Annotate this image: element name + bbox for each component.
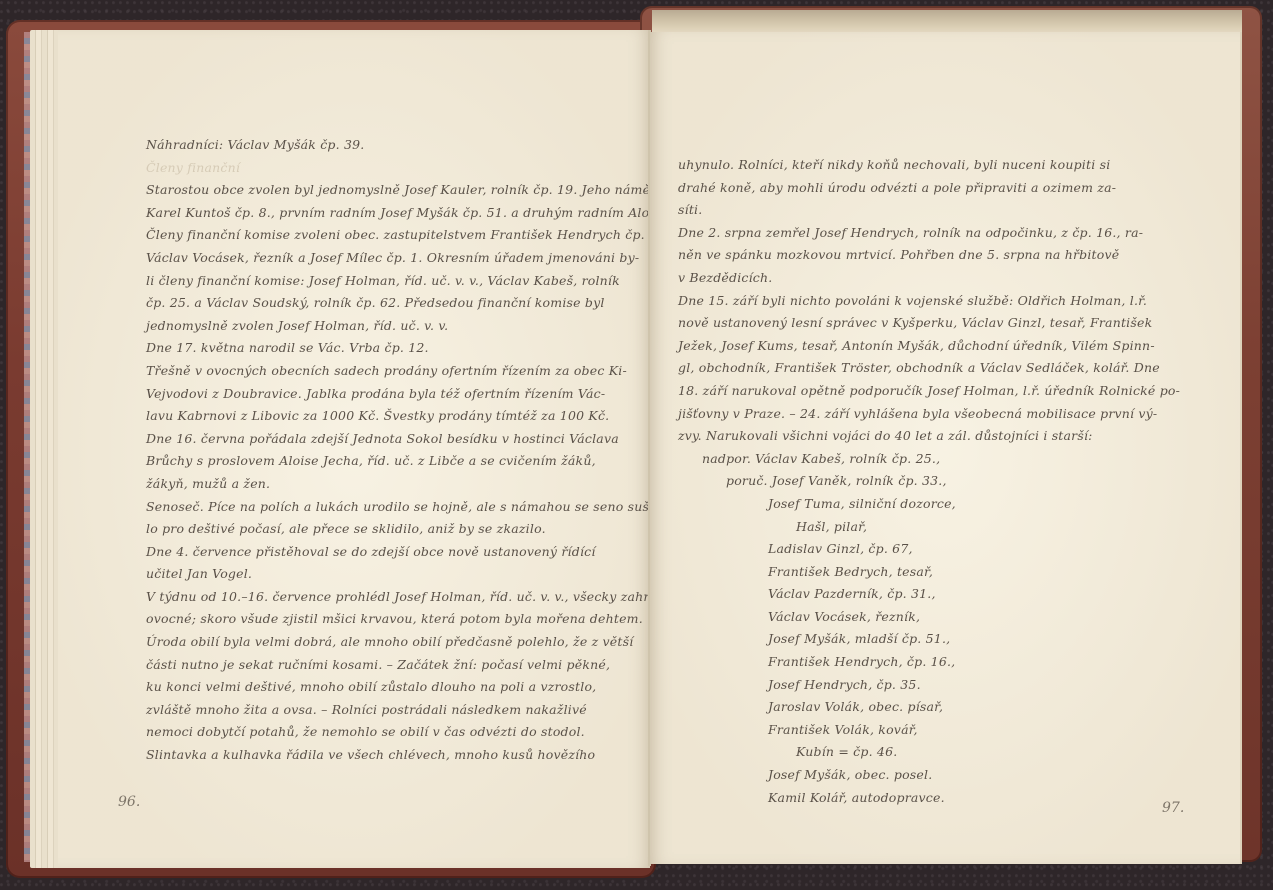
text-line: zvy. Narukovali všichni vojáci do 40 let… (678, 425, 1180, 448)
list-item: Kamil Kolář, autodopravce. (678, 787, 1180, 810)
list-item: nadpor. Václav Kabeš, rolník čp. 25., (678, 448, 1180, 471)
text-line: nově ustanovený lesní správec v Kyšperku… (678, 312, 1180, 335)
text-line: v Bezdědicích. (678, 267, 1180, 290)
text-line: Náhradníci: Václav Myšák čp. 39. (146, 134, 718, 157)
list-item: Hašl, pilař, (678, 516, 1180, 539)
text-line: Dne 2. srpna zemřel Josef Hendrych, roln… (678, 222, 1180, 245)
text-line: uhynulo. Rolníci, kteří nikdy koňů necho… (678, 154, 1180, 177)
right-page-text: uhynulo. Rolníci, kteří nikdy koňů necho… (678, 154, 1180, 809)
text-line: jednomyslně zvolen Josef Holman, říd. uč… (146, 315, 718, 338)
left-page-text: Náhradníci: Václav Myšák čp. 39. Členy f… (146, 134, 718, 767)
list-item: Josef Hendrych, čp. 35. (678, 674, 1180, 697)
text-line: V týdnu od 10.–16. července prohlédl Jos… (146, 586, 718, 609)
text-line: Dne 17. května narodil se Vác. Vrba čp. … (146, 337, 718, 360)
text-line: čp. 25. a Václav Soudský, rolník čp. 62.… (146, 292, 718, 315)
text-line: ku konci velmi deštivé, mnoho obilí zůst… (146, 676, 718, 699)
text-line: li členy finanční komise: Josef Holman, … (146, 270, 718, 293)
text-line: zvláště mnoho žita a ovsa. – Rolníci pos… (146, 699, 718, 722)
list-item: Josef Tuma, silniční dozorce, (678, 493, 1180, 516)
list-item: Václav Pazderník, čp. 31., (678, 583, 1180, 606)
text-line: nemoci dobytčí potahů, že nemohlo se obi… (146, 721, 718, 744)
list-item: poruč. Josef Vaněk, rolník čp. 33., (678, 470, 1180, 493)
page-number-left: 96. (118, 794, 140, 810)
text-line: Karel Kuntoš čp. 8., prvním radním Josef… (146, 202, 718, 225)
text-line: Ježek, Josef Kums, tesař, Antonín Myšák,… (678, 335, 1180, 358)
text-line: žákyň, mužů a žen. (146, 473, 718, 496)
text-line: Senoseč. Píce na polích a lukách urodilo… (146, 496, 718, 519)
list-item: Jaroslav Volák, obec. písař, (678, 696, 1180, 719)
text-line: ovocné; skoro všude zjistil mšici krvavo… (146, 608, 718, 631)
text-line: Úroda obilí byla velmi dobrá, ale mnoho … (146, 631, 718, 654)
text-line: Starostou obce zvolen byl jednomyslně Jo… (146, 179, 718, 202)
list-item: Josef Myšák, obec. posel. (678, 764, 1180, 787)
left-page: Náhradníci: Václav Myšák čp. 39. Členy f… (58, 30, 650, 868)
page-number-right: 97. (1162, 800, 1184, 816)
text-line: gl, obchodník, František Tröster, obchod… (678, 357, 1180, 380)
list-item: František Volák, kovář, (678, 719, 1180, 742)
list-item: František Bedrych, tesař, (678, 561, 1180, 584)
text-line-faded: Členy finanční (146, 157, 718, 180)
text-line: síti. (678, 199, 1180, 222)
text-line: lo pro deštivé počasí, ale přece se skli… (146, 518, 718, 541)
list-item: Josef Myšák, mladší čp. 51., (678, 628, 1180, 651)
text-line: Dne 15. září byli nichto povoláni k voje… (678, 290, 1180, 313)
text-line: učitel Jan Vogel. (146, 563, 718, 586)
text-line: 18. září narukoval opětně podporučík Jos… (678, 380, 1180, 403)
list-item: František Hendrych, čp. 16., (678, 651, 1180, 674)
text-line: něn ve spánku mozkovou mrtvicí. Pohřben … (678, 244, 1180, 267)
text-line: části nutno je sekat ručními kosami. – Z… (146, 654, 718, 677)
text-line: jišťovny v Praze. – 24. září vyhlášena b… (678, 403, 1180, 426)
text-line: Slintavka a kulhavka řádila ve všech chl… (146, 744, 718, 767)
text-line: Členy finanční komise zvoleni obec. zast… (146, 224, 718, 247)
text-line: drahé koně, aby mohli úrodu odvézti a po… (678, 177, 1180, 200)
text-line: Třešně v ovocných obecních sadech prodán… (146, 360, 718, 383)
text-line: Vejvodovi z Doubravice. Jablka prodána b… (146, 383, 718, 406)
list-item: Ladislav Ginzl, čp. 67, (678, 538, 1180, 561)
list-item: Kubín = čp. 46. (678, 741, 1180, 764)
text-line: Dne 4. července přistěhoval se do zdejší… (146, 541, 718, 564)
text-line: Dne 16. června pořádala zdejší Jednota S… (146, 428, 718, 451)
text-line: lavu Kabrnovi z Libovic za 1000 Kč. Šves… (146, 405, 718, 428)
text-line: Václav Vocásek, řezník a Josef Mílec čp.… (146, 247, 718, 270)
list-item: Václav Vocásek, řezník, (678, 606, 1180, 629)
text-line: Brůchy s proslovem Aloise Jecha, říd. uč… (146, 450, 718, 473)
right-page: uhynulo. Rolníci, kteří nikdy koňů necho… (650, 32, 1242, 864)
